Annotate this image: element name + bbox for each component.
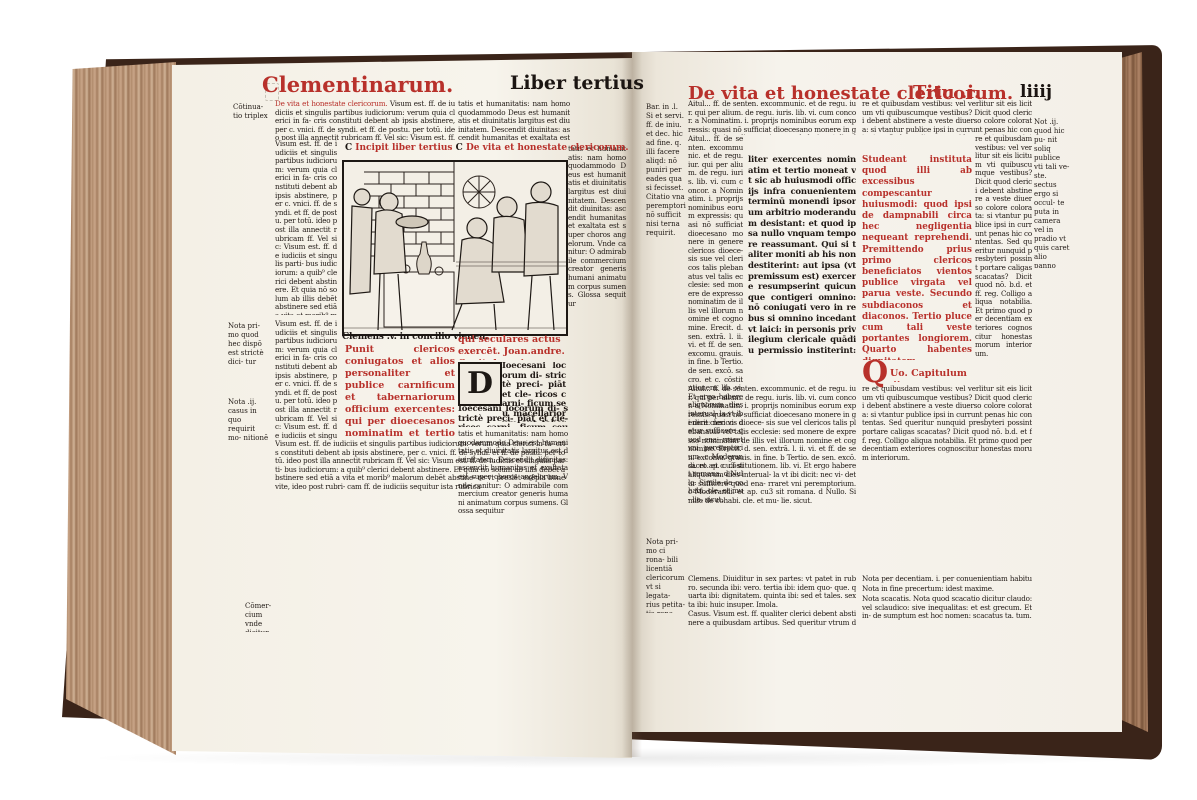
- decree-heading-red: qui seculares actus exercēt. Joan.andre.…: [458, 334, 568, 360]
- bottom-line-2: Casus. Visum est. ff. qualiter clerici d…: [688, 610, 856, 627]
- decree-text-main: liter exercentes nominatim et tertio mon…: [748, 155, 856, 355]
- gloss-right-column: tatis et humanitatis: nam homo quodammod…: [568, 145, 626, 625]
- running-head-left: Clementinarum.: [262, 72, 453, 97]
- woodcut-illustration: [342, 160, 568, 336]
- woodcut-caption: Ⅽ Incipit liber tertius Ⅽ De vita et hon…: [345, 143, 629, 153]
- woodcut-clerics-icon: [344, 162, 566, 334]
- woodcut-caption-right: De vita et honestate clericorum.: [466, 143, 629, 153]
- decree-text-cont: Ioecesani locorum di- strictè preci- piā…: [458, 405, 568, 427]
- margin-note-right-1: Not .ij. quod hic pu- nit soliq publice …: [1034, 118, 1070, 268]
- margin-note-left-1: Nota pri- mo quod hec dispō est strictè …: [228, 322, 270, 392]
- gloss-opening: De vita et honestate clericorum. Visum e…: [275, 100, 455, 140]
- column-right-top: re et quibusdam vestibus: vel verlitur s…: [862, 100, 1032, 135]
- capitulum-label: Uo. Capitulum .ij.: [890, 368, 980, 382]
- margin-note-continuatio: Cōtinua- tio triplex: [233, 103, 273, 121]
- folio-number: liiij: [1020, 82, 1052, 102]
- book-photograph: Clementinarum. Liber tertius Cōtinua- ti…: [0, 0, 1197, 800]
- gloss-casus: Visum est. ff. de iudiciis et singulis p…: [275, 320, 337, 440]
- bottom-line-4: Nota in fine precertum: idest maxime.: [862, 585, 1032, 594]
- decree-summary-red-right: Studeant instituta quod illi ab excessib…: [862, 155, 972, 360]
- margin-note-left-2: Nota .ij. casus in quo requirit mo- niti…: [228, 398, 270, 508]
- decree-summary-red: Punit clericos coniugatos et alios perso…: [345, 344, 455, 438]
- margin-note-commercium: Cōmer- cium vnde dicitur.: [245, 602, 275, 632]
- bottom-line-1: Clemens. Diuiditur in sex partes: vt pat…: [688, 575, 856, 609]
- left-page-block-edge: [66, 55, 176, 755]
- woodcut-caption-left: Incipit liber tertius: [355, 143, 452, 153]
- column-left-top: Aitul... ff. de senten. excommunic. et d…: [688, 100, 856, 135]
- bottom-line-5: Nota scacatis. Nota quod scacatio dicitu…: [862, 595, 1032, 621]
- margin-note-right-top: Bar. in .l. Si et servi. ff. de iniu. et…: [646, 103, 686, 273]
- running-head-book: Liber tertius: [510, 72, 644, 94]
- margin-note-right-2: Nota pri- mo ci rona- bili licentiā cler…: [646, 538, 686, 613]
- gloss-narrow-column: Visum est. ff. de iudiciis et singulis p…: [275, 140, 337, 315]
- gloss-bottom-right: tatis et humanitatis: nam homo quodammod…: [458, 430, 568, 610]
- initial-letter: D: [460, 364, 500, 404]
- column-right-top: tatis et humanitatis: nam homo quodammod…: [458, 100, 570, 142]
- decorated-initial-d: D: [458, 362, 502, 406]
- gloss-right-narrow: re et quibusdam vestibus: vel verlitur s…: [975, 135, 1032, 385]
- bottom-line-3: Nota per decentiam. i. per conuenientiam…: [862, 575, 1032, 584]
